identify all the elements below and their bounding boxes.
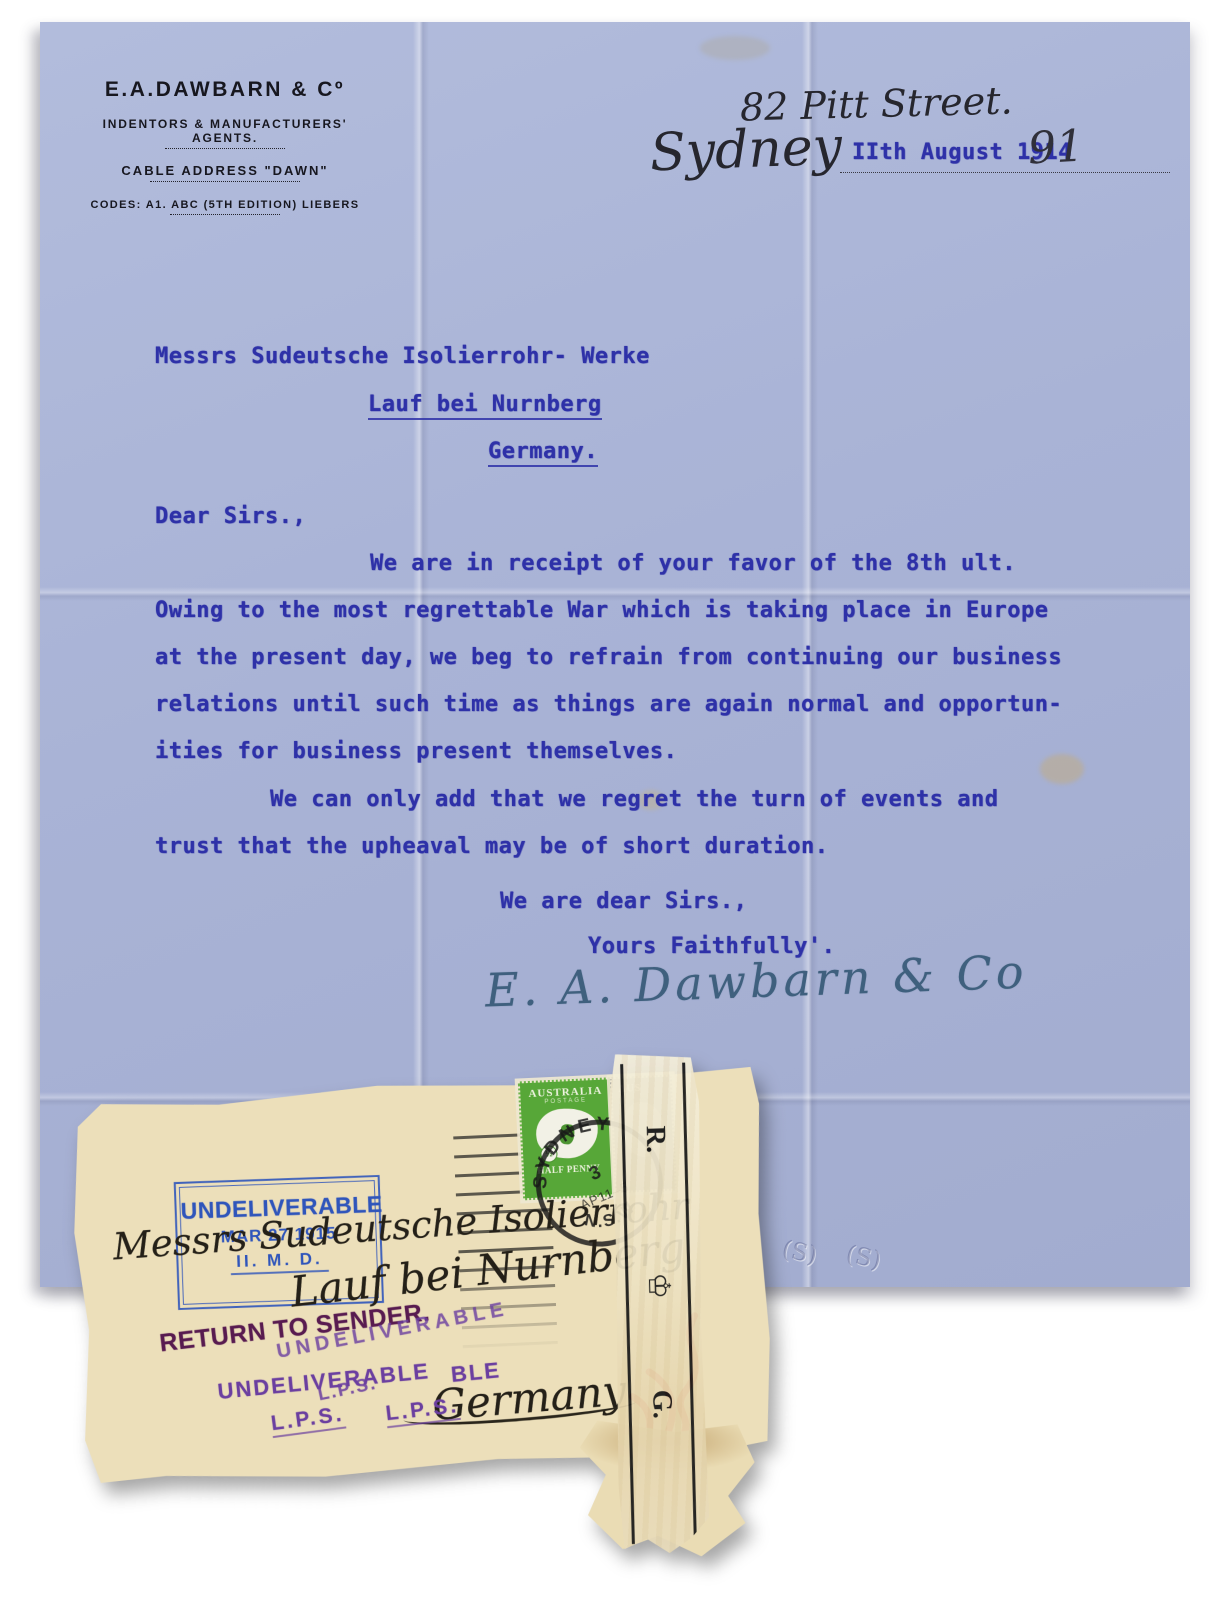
tape-letter-g: G. — [644, 1359, 678, 1450]
emboss-mark: (S) — [843, 1240, 883, 1275]
body-line: relations until such time as things are … — [155, 692, 1062, 717]
closing-line-1: We are dear Sirs., — [500, 889, 747, 914]
recipient-line-2: Lauf bei Nurnberg — [368, 392, 602, 420]
postmark-number: 3 — [586, 1162, 604, 1185]
body-line: at the present day, we beg to refrain fr… — [155, 645, 1062, 670]
letterhead-rule — [150, 181, 300, 182]
city-script: Sydney — [649, 117, 843, 184]
letterhead-rule — [170, 214, 280, 215]
body-line: Owing to the most regrettable War which … — [155, 598, 1048, 623]
letterhead-rule — [165, 148, 285, 149]
recipient-line-1: Messrs Sudeutsche Isolierrohr- Werke — [155, 344, 650, 369]
tape-rule-line — [620, 1064, 634, 1544]
date-script-fragment: 91 — [1027, 121, 1086, 175]
body-line: We can only add that we regret the turn … — [270, 787, 999, 812]
cable-address: CABLE ADDRESS "DAWN" — [70, 163, 380, 178]
paper-stain — [1040, 754, 1084, 784]
body-line: trust that the upheaval may be of short … — [155, 834, 829, 859]
undeliverable-stamp-fragment: BLE — [450, 1357, 502, 1388]
body-line: ities for business present themselves. — [155, 739, 677, 764]
letterhead: E.A.DAWBARN & Cº INDENTORS & MANUFACTURE… — [70, 78, 380, 215]
salutation: Dear Sirs., — [155, 504, 306, 529]
paper-stain — [700, 36, 770, 60]
censor-tape: R. ♔ G. — [608, 1052, 710, 1554]
codes-line: CODES: A1. ABC (5TH EDITION) LIEBERS — [70, 199, 380, 211]
recipient-line-3: Germany. — [488, 439, 598, 467]
emboss-mark: (S) — [779, 1235, 819, 1270]
date-dotted-rule — [840, 172, 1170, 173]
tape-rule-line — [682, 1063, 696, 1543]
signature-script: E. A. Dawbarn & Co — [484, 945, 1028, 1018]
crown-icon: ♔ — [640, 1240, 677, 1331]
envelope: AUSTRALIA POSTAGE ½ HALF PENNY AUS SYDNE… — [66, 1065, 775, 1488]
company-name: E.A.DAWBARN & Cº — [70, 78, 380, 102]
tape-letter-r: R. — [638, 1094, 672, 1185]
body-line: We are in receipt of your favor of the 8… — [370, 551, 1016, 576]
company-tagline: INDENTORS & MANUFACTURERS' AGENTS. — [70, 117, 380, 145]
